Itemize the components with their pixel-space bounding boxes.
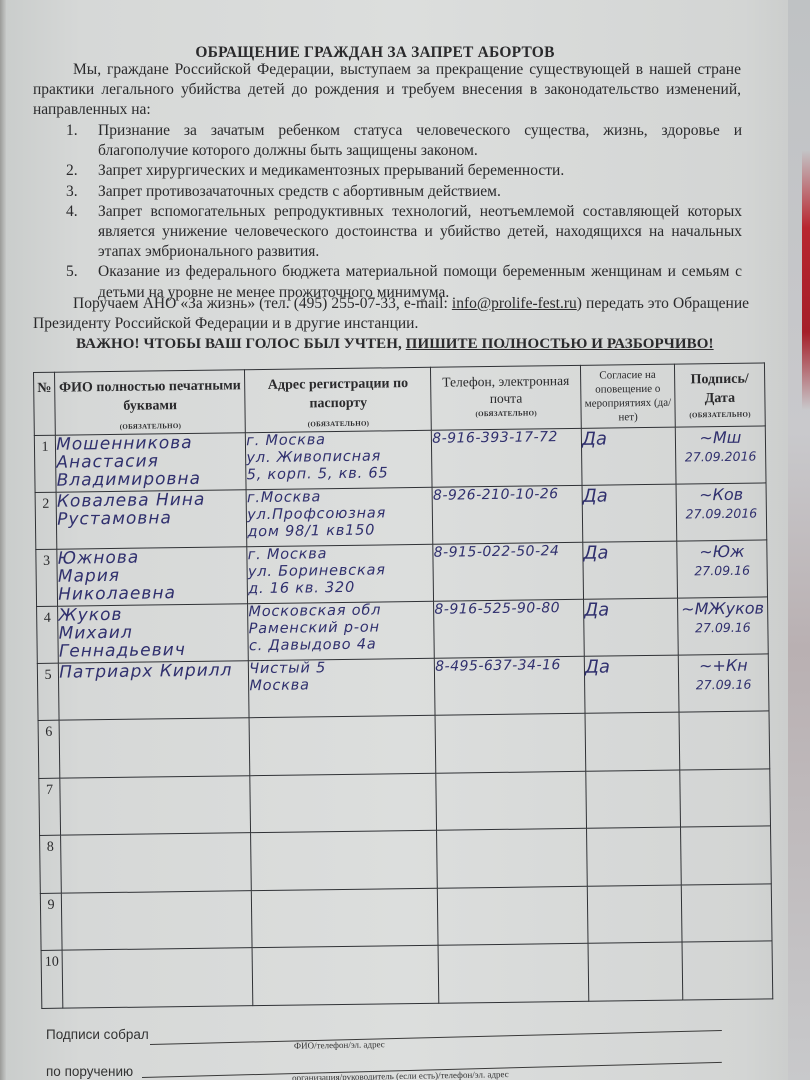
- address-cell[interactable]: [251, 830, 438, 890]
- phone-cell[interactable]: [437, 828, 587, 887]
- header-phone: Телефон, электронная почта(ОБЯЗАТЕЛЬНО): [431, 365, 581, 430]
- phone-cell[interactable]: [438, 886, 588, 945]
- table-row: 2Ковалева НинаРустамовнаг.Москваул.Профс…: [35, 483, 767, 550]
- agree-cell[interactable]: [586, 827, 681, 886]
- instruction-paragraph: Поручаем АНО «За жизнь» (тел. (495) 255-…: [33, 294, 749, 334]
- phone-cell[interactable]: 8-495-637-34-16: [435, 656, 585, 715]
- red-background-object: [802, 150, 810, 410]
- phone-cell[interactable]: 8-915-022-50-24: [433, 542, 583, 601]
- table-row: 1МошенниковаАнастасияВладимировнаг. Моск…: [34, 426, 766, 493]
- agree-cell[interactable]: [586, 770, 681, 829]
- fio-cell[interactable]: [61, 833, 252, 893]
- table-row: 5Патриарх КириллЧистый 5Москва8-495-637-…: [37, 654, 769, 721]
- signature-mark: ~+Кн: [679, 654, 768, 677]
- signature-table: № ФИО полностью печатными буквами(ОБЯЗАТ…: [33, 362, 773, 1008]
- row-number: 5: [37, 663, 59, 720]
- row-number: 2: [35, 492, 57, 549]
- row-number: 4: [37, 606, 59, 663]
- agree-cell[interactable]: Да: [584, 655, 679, 713]
- intro-paragraph: Мы, граждане Российской Федерации, высту…: [33, 60, 741, 120]
- header-address: Адрес регистрации по паспорту(ОБЯЗАТЕЛЬН…: [245, 367, 432, 432]
- table-row: 7: [39, 768, 771, 835]
- agree-cell[interactable]: [588, 942, 683, 1001]
- header-sign: Подпись/ Дата(ОБЯЗАТЕЛЬНО): [674, 363, 765, 427]
- collected-by-line[interactable]: [150, 1030, 722, 1045]
- signature-mark: ~МЖуков: [678, 597, 767, 620]
- row-number: 7: [39, 778, 61, 836]
- sign-date: 27.09.16: [694, 563, 750, 579]
- address-cell[interactable]: [250, 773, 437, 833]
- agree-cell[interactable]: Да: [581, 427, 676, 485]
- phone-cell[interactable]: 8-916-393-17-72: [432, 428, 582, 487]
- fio-cell[interactable]: [59, 718, 250, 778]
- table-row: 3ЮжноваМарияНиколаевнаг. Москваул. Борин…: [36, 540, 768, 607]
- sign-cell[interactable]: ~+Кн27.09.16: [678, 654, 769, 712]
- agree-cell[interactable]: Да: [582, 484, 677, 542]
- address-cell[interactable]: г. Москваул. Бориневскаяд. 16 кв. 320: [247, 544, 434, 603]
- sign-cell[interactable]: ~Юж27.09.16: [677, 540, 768, 598]
- address-cell[interactable]: [249, 715, 436, 775]
- address-cell[interactable]: [252, 945, 439, 1005]
- address-cell[interactable]: Чистый 5Москва: [249, 658, 436, 717]
- signature-mark: ~Ков: [676, 483, 765, 506]
- fio-cell[interactable]: МошенниковаАнастасияВладимировна: [56, 433, 247, 492]
- sign-date: 27.09.16: [695, 620, 751, 636]
- demand-item: 3.Запрет противозачаточных средств с або…: [66, 182, 742, 202]
- sign-date: 27.09.2016: [686, 506, 758, 522]
- on-behalf-caption: организация/руководитель (если есть)/тел…: [292, 1069, 509, 1080]
- agree-cell[interactable]: [587, 885, 682, 944]
- table-row: 4ЖуковМихаилГеннадьевичМосковская облРам…: [37, 597, 769, 664]
- sign-cell[interactable]: [680, 768, 771, 827]
- row-number: 3: [36, 549, 58, 606]
- address-cell[interactable]: Московская облРаменский р-онс. Давыдово …: [248, 601, 435, 660]
- sign-cell[interactable]: ~МЖуков27.09.16: [677, 597, 768, 655]
- table-row: 6: [38, 711, 770, 778]
- address-cell[interactable]: [252, 888, 439, 948]
- collected-by-caption: ФИО/телефон/эл. адрес: [294, 1039, 385, 1051]
- sign-date: 27.09.2016: [685, 449, 757, 465]
- sign-cell[interactable]: [679, 711, 770, 770]
- sign-date: 27.09.16: [696, 677, 752, 693]
- signature-mark: ~Юж: [677, 540, 766, 563]
- agree-cell[interactable]: Да: [583, 541, 678, 599]
- header-fio: ФИО полностью печатными буквами(ОБЯЗАТЕЛ…: [55, 370, 246, 435]
- important-notice: ВАЖНО! ЧТОБЫ ВАШ ГОЛОС БЫЛ УЧТЕН, ПИШИТЕ…: [76, 336, 714, 353]
- sign-cell[interactable]: ~Мш27.09.2016: [675, 426, 766, 484]
- sign-cell[interactable]: [680, 826, 771, 885]
- sign-cell[interactable]: [682, 941, 773, 1000]
- demand-item: 4.Запрет вспомогательных репродуктивных …: [66, 202, 742, 263]
- table-row: 10: [41, 941, 773, 1008]
- phone-cell[interactable]: [436, 771, 586, 830]
- on-behalf-label: по поручению: [46, 1064, 133, 1079]
- table-header-row: № ФИО полностью печатными буквами(ОБЯЗАТ…: [34, 363, 766, 436]
- header-number: №: [34, 372, 56, 435]
- demand-item: 2.Запрет хирургических и медикаментозных…: [66, 161, 742, 181]
- fio-cell[interactable]: [62, 890, 253, 950]
- demand-item: 1.Признание за зачатым ребенком статуса …: [66, 121, 742, 161]
- row-number: 1: [34, 435, 56, 492]
- row-number: 8: [40, 835, 62, 893]
- sign-cell[interactable]: ~Ков27.09.2016: [676, 483, 767, 541]
- table-row: 9: [40, 883, 772, 950]
- agree-cell[interactable]: Да: [583, 598, 678, 656]
- fio-cell[interactable]: ЖуковМихаилГеннадьевич: [58, 604, 249, 663]
- row-number: 10: [41, 950, 63, 1008]
- address-cell[interactable]: г. Москваул. Живописная5, корп. 5, кв. 6…: [246, 430, 433, 489]
- phone-cell[interactable]: [435, 713, 585, 772]
- email-link[interactable]: info@prolife-fest.ru: [452, 295, 577, 312]
- signature-mark: ~Мш: [676, 426, 765, 449]
- address-cell[interactable]: г.Москваул.Профсоюзнаядом 98/1 кв150: [246, 487, 433, 546]
- fio-cell[interactable]: Патриарх Кирилл: [59, 661, 250, 720]
- fio-cell[interactable]: Ковалева НинаРустамовна: [56, 490, 247, 549]
- demands-list: 1.Признание за зачатым ребенком статуса …: [66, 121, 742, 303]
- petition-page: ОБРАЩЕНИЕ ГРАЖДАН ЗА ЗАПРЕТ АБОРТОВ Мы, …: [0, 0, 790, 1080]
- fio-cell[interactable]: [60, 775, 251, 835]
- header-agree: Согласие на оповещение о мероприятиях (д…: [580, 364, 675, 428]
- agree-cell[interactable]: [585, 712, 680, 771]
- fio-cell[interactable]: [62, 948, 253, 1008]
- phone-cell[interactable]: 8-926-210-10-26: [432, 485, 582, 544]
- phone-cell[interactable]: [438, 943, 588, 1002]
- row-number: 9: [40, 893, 62, 951]
- phone-cell[interactable]: 8-916-525-90-80: [434, 599, 584, 658]
- fio-cell[interactable]: ЮжноваМарияНиколаевна: [57, 547, 248, 606]
- collected-by-label: Подписи собрал: [46, 1027, 149, 1042]
- table-row: 8: [40, 826, 772, 893]
- sign-cell[interactable]: [681, 883, 772, 942]
- row-number: 6: [38, 720, 60, 778]
